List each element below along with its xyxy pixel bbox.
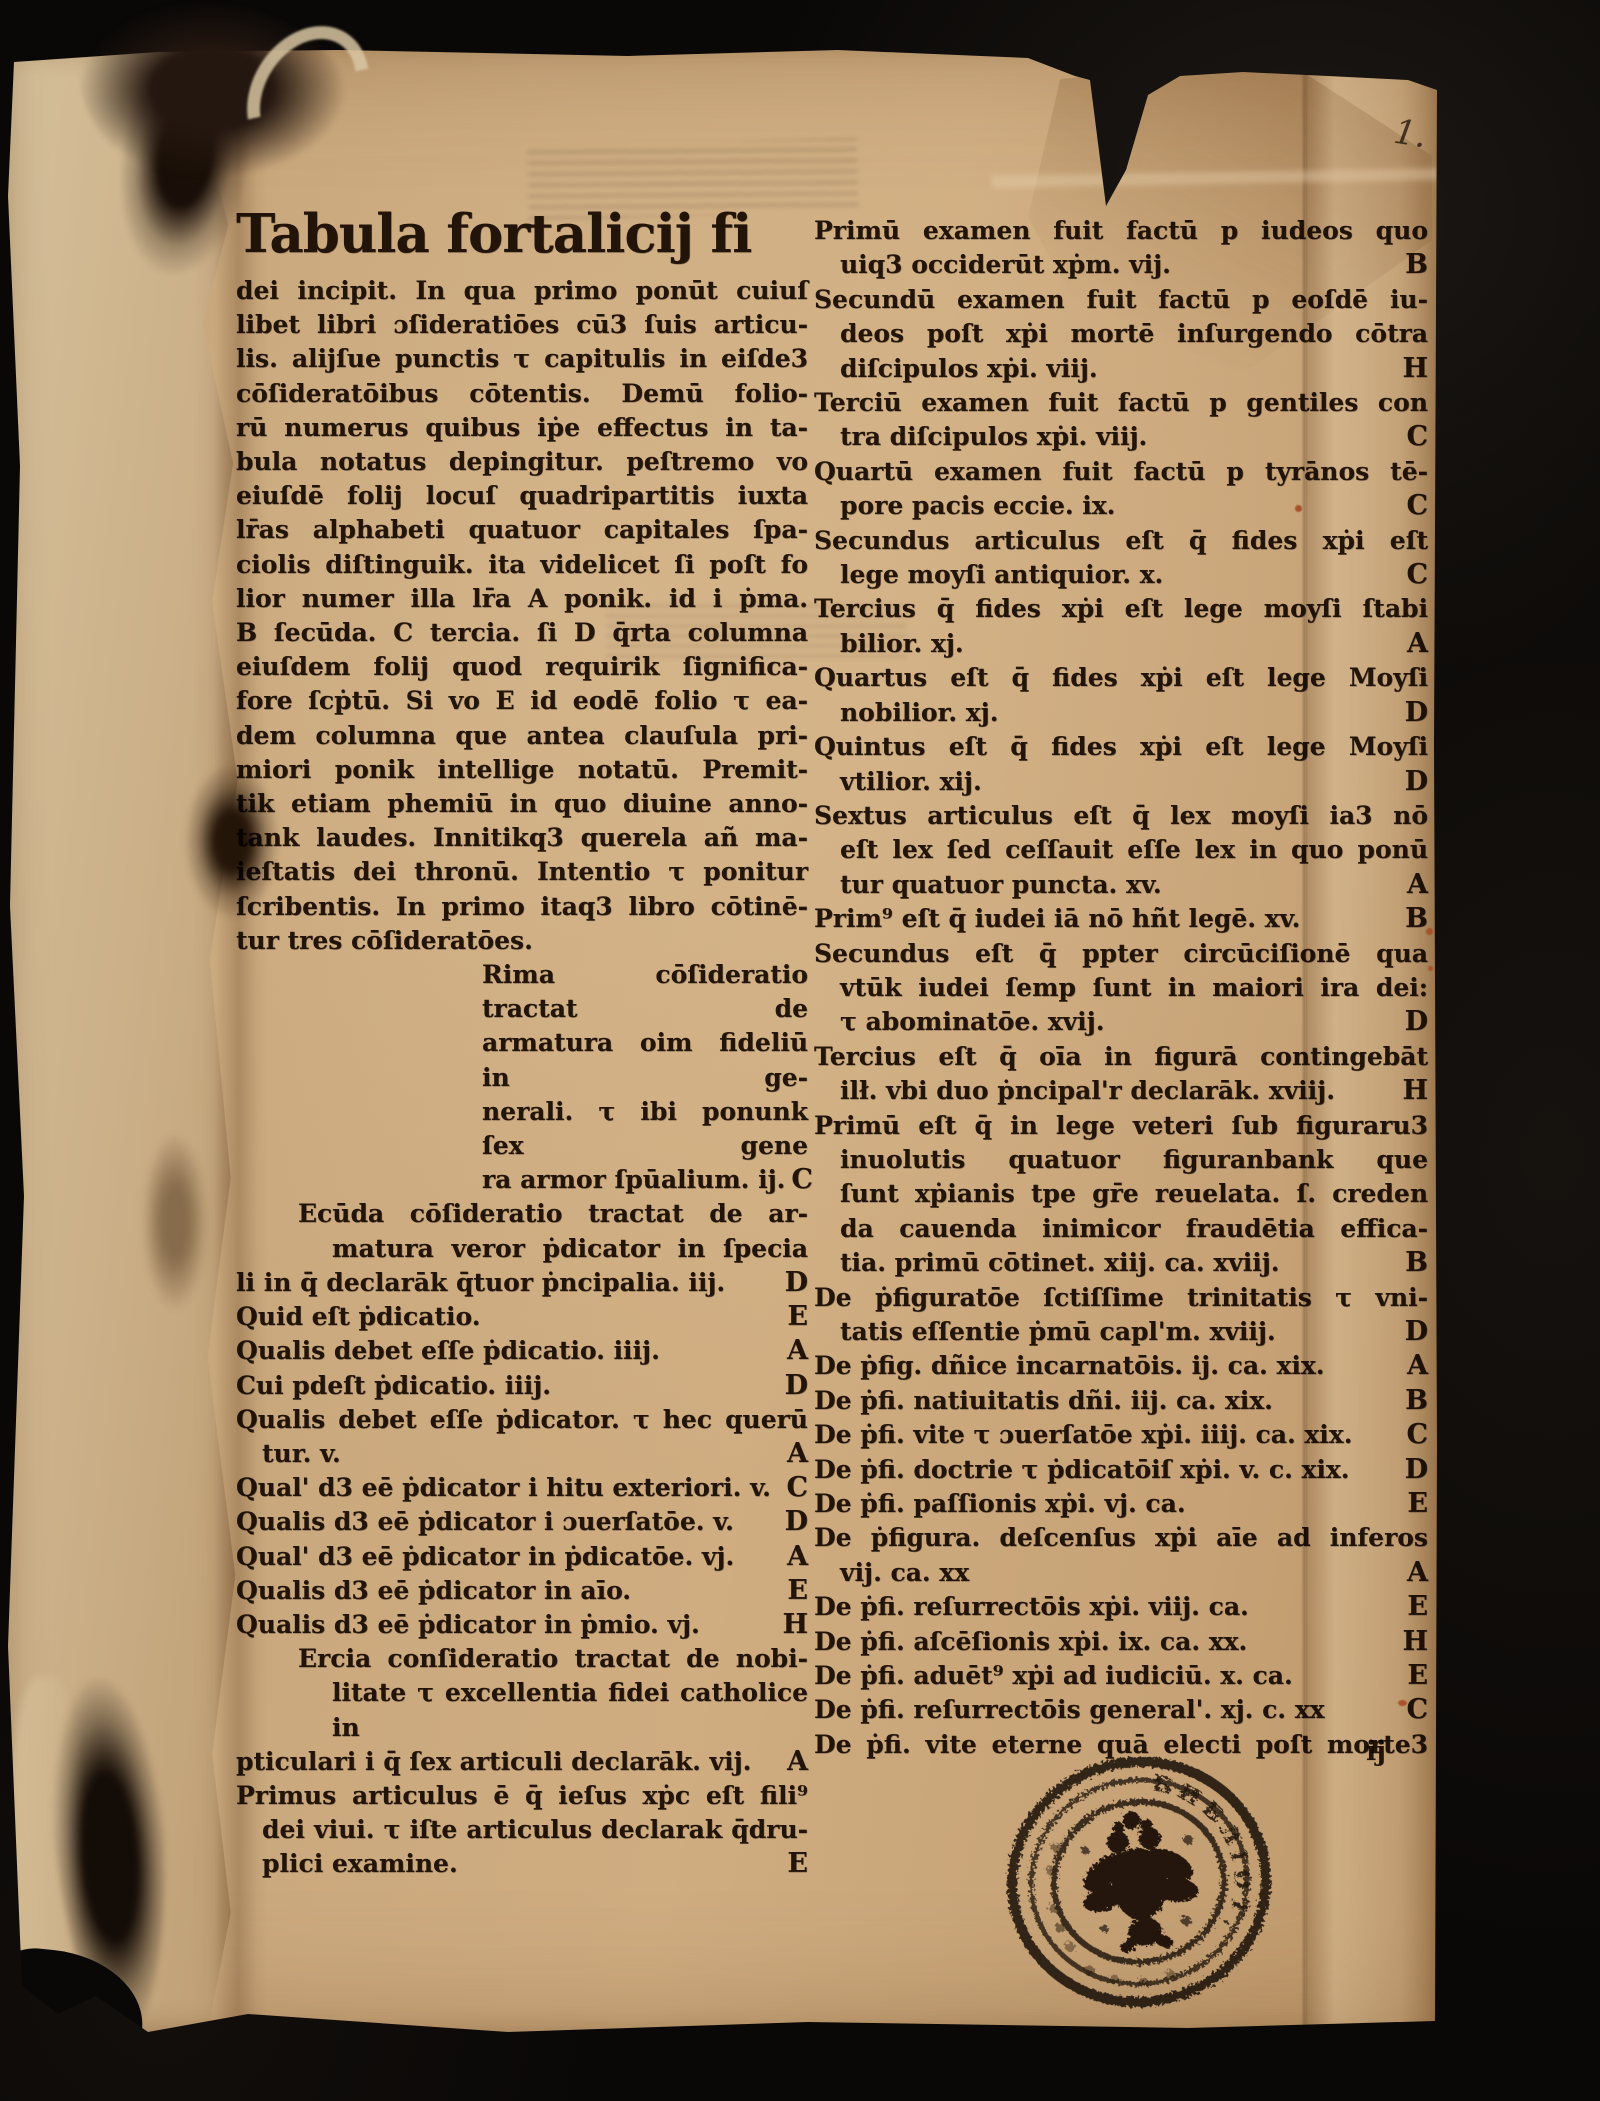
line-text: ra armor ſpūalium. ij. [482,1163,785,1197]
text-line: Qual' d3 eē ṗdicator i hitu exteriori. v… [236,1471,808,1505]
text-line: Tercius eſt q̄ oīa in figurā contingebāt [814,1040,1428,1074]
folio-letter: E [1401,1487,1428,1521]
text-line: bula notatus depingitur. peſtremo vo [236,445,808,479]
text-line: Primus articulus ē q̄ ieſus xṗc eſt fili… [236,1779,808,1813]
text-line: Qual' d3 eē ṗdicator in ṗdicatōe. vj.A [236,1540,808,1574]
text-line: plici examine.E [236,1847,808,1881]
library-stamp: БИБЛІОТ. [1003,1748,1275,2016]
text-line: Terciū examen fuit factū p gentiles con [814,386,1428,420]
text-line: inuolutis quatuor figuranbank que [814,1143,1428,1177]
line-text: Secundus eſt q̄ ppter circūciſionē qua [814,939,1428,968]
folio-letter: H [1396,1074,1428,1108]
folio-letter: C [1401,1418,1429,1452]
text-line: De ṗfi. reſurrectōis xṗi. viij. ca.E [814,1590,1428,1624]
text-line: Ecūda cōſideratio tractat de ar- [236,1197,808,1231]
text-line: De ṗfi. reſurrectōis general'. xj. c. xx… [814,1693,1428,1727]
line-text: Quintus eſt q̄ fides xṗi eſt lege Moyſi [814,732,1428,761]
text-line: vij. ca. xxA [814,1556,1428,1590]
line-text: tik etiam phemiū in quo diuine anno- [236,789,808,818]
text-line: Quartū examen fuit factū p tyrānos tē- [814,455,1428,489]
line-text: deos poſt xṗi mortē inſurgendo cōtra [840,319,1428,348]
text-line: deos poſt xṗi mortē inſurgendo cōtra [814,317,1428,351]
line-text: tra diſcipulos xṗi. viij. [840,420,1147,454]
double-headed-eagle-icon [1070,1804,1208,1960]
line-text: Qual' d3 eē ṗdicator in ṗdicatōe. vj. [236,1540,734,1574]
text-line: Quartus eſt q̄ fides xṗi eſt lege Moyſi [814,661,1428,695]
line-text: Tercius q̄ fides xṗi eſt lege moyſi ſtab… [814,594,1428,623]
line-text: diſcipulos xṗi. viij. [840,352,1098,386]
text-line: matura veror ṗdicator in ſpecia [236,1232,808,1266]
folio-letter: B [1399,1384,1428,1418]
text-line: nobilior. xj.D [814,696,1428,730]
line-text: lege moyſi antiquior. x. [840,558,1163,592]
line-text: inuolutis quatuor figuranbank que [840,1145,1428,1174]
line-text: Qual' d3 eē ṗdicator i hitu exteriori. v… [236,1471,771,1505]
text-line: eiuſdē folij locuſ quadripartitis iuxta [236,479,808,513]
signature-mark: ij [1366,1736,1386,1767]
line-text: De ṗfi. aduēt⁹ xṗi ad iudiciū. x. ca. [814,1659,1293,1693]
line-text: vtūk iudei ſemp ſunt in maiori ira dei: [840,973,1428,1002]
line-text: B ſecūda. C tercia. ſi D q̄rta columna [236,618,808,647]
line-text: Secundus articulus eſt q̄ fides xṗi eſt [814,526,1428,555]
text-line: lis. alijſue punctis τ capitulis in eiſd… [236,342,808,376]
stain-speck [1428,966,1433,971]
line-text: De ṗfi. vite τ ɔuerſatōe xṗi. iiij. ca. … [814,1418,1352,1452]
text-line: τ abominatōe. xvij.D [814,1005,1428,1039]
text-line: nerali. τ ibi ponunk ſex gene [236,1095,808,1163]
line-text: Quid eſt ṗdicatio. [236,1300,480,1334]
line-text: cōſideratōibus cōtentis. Demū folio- [236,379,808,408]
text-line: Secundū examen fuit factū p eoſdē iu- [814,283,1428,317]
line-text: lr̄as alphabeti quatuor capitales ſpa- [236,515,808,544]
folio-letter: A [1401,868,1428,902]
text-line: tia. primū cōtinet. xiij. ca. xviij.B [814,1246,1428,1280]
text-line: B ſecūda. C tercia. ſi D q̄rta columna [236,616,808,650]
folio-letter: A [1401,1349,1428,1383]
left-column-lines: dei incipit. In qua primo ponūt cuiuſlib… [236,274,808,1882]
line-text: bula notatus depingitur. peſtremo vo [236,447,808,476]
line-text: ilł. vbi duo ṗncipal'r declarāk. xviij. [840,1074,1335,1108]
text-line: vtilior. xij.D [814,765,1428,799]
folio-letter: A [781,1334,808,1368]
line-text: τ abominatōe. xvij. [840,1005,1104,1039]
folio-letter: C [1401,558,1429,592]
text-line: De ṗfi. aduēt⁹ xṗi ad iudiciū. x. ca.E [814,1659,1428,1693]
text-line: miori ponik intellige notatū. Premit- [236,753,808,787]
line-text: De ṗfig. dñice incarnatōis. ij. ca. xix. [814,1349,1324,1383]
folio-letter: A [1401,627,1428,661]
line-text: uiq3 occiderūt xṗm. vij. [840,248,1171,282]
line-text: pore pacis eccie. ix. [840,489,1115,523]
line-text: vtilior. xij. [840,765,982,799]
text-line: lr̄as alphabeti quatuor capitales ſpa- [236,513,808,547]
line-text: Primū eſt q̄ in lege veteri ſub figuraru… [814,1111,1428,1140]
folio-letter: D [779,1369,808,1403]
line-text: lis. alijſue punctis τ capitulis in eiſd… [236,344,808,373]
text-line: Sextus articulus eſt q̄ lex moyſi ia3 nō [814,799,1428,833]
text-line: libet libri ɔſideratiōes cū3 ſuis articu… [236,308,808,342]
text-line: lege moyſi antiquior. x.C [814,558,1428,592]
text-line: Rima cōſideratio tractat de [236,958,808,1026]
folio-letter: C [1401,1693,1429,1727]
text-line: tur tres cōſideratōes. [236,924,808,958]
page-title: Tabula fortalicij fi [236,198,808,270]
line-text: Rima cōſideratio tractat de [482,960,808,1023]
line-text: De ṗfi. doctrie τ ṗdicatōiſ xṗi. v. c. x… [814,1453,1350,1487]
book-page: Tabula fortalicij fi dei incipit. In qua… [8,46,1437,2032]
line-text: dei viui. τ iſte articulus declarak q̄dr… [262,1815,808,1844]
line-text: Prim⁹ eſt q̄ iudei iā nō hñt legē. xv. [814,902,1300,936]
folio-letter: B [1399,248,1428,282]
text-line: Qualis d3 eē ṗdicator in aīo.E [236,1574,808,1608]
photo-background: Tabula fortalicij fi dei incipit. In qua… [0,0,1600,2101]
text-line: vtūk iudei ſemp ſunt in maiori ira dei: [814,971,1428,1005]
text-line: Qualis d3 eē ṗdicator i ɔuerſatōe. v.D [236,1505,808,1539]
line-text: De ṗfi. aſcēſionis xṗi. ix. ca. xx. [814,1625,1247,1659]
line-text: eiuſdem folij quod requirik ſignifica- [236,652,808,681]
line-text: De ṗfigura. deſcenſus xṗi aīe ad inferos [814,1523,1428,1552]
text-line: Primū examen fuit factū p iudeos quo [814,214,1428,248]
folio-letter: H [776,1608,808,1642]
folio-letter: C [781,1471,809,1505]
line-text: tur. v. [262,1437,341,1471]
line-text: ciolis diſtinguik. ita videlicet ſi poſt… [236,550,808,579]
line-text: Terciū examen fuit factū p gentiles con [814,388,1428,417]
folio-letter: D [1399,1005,1428,1039]
folio-letter: C [785,1163,813,1197]
folio-letter: E [781,1847,808,1881]
folio-letter: A [781,1745,808,1779]
folio-letter: B [1399,902,1428,936]
line-text: Cui pdeſt ṗdicatio. iiij. [236,1369,551,1403]
text-line: armatura oim fideliū in ge- [236,1026,808,1094]
line-text: Qualis debet eſſe ṗdicator. τ hec querū [236,1405,808,1434]
line-text: nobilior. xj. [840,696,998,730]
line-text: Qualis d3 eē ṗdicator in ṗmio. vj. [236,1608,700,1642]
text-line: ra armor ſpūalium. ij.C [236,1163,808,1197]
text-line: tik etiam phemiū in quo diuine anno- [236,787,808,821]
folio-number-pencil: 1. [1391,112,1429,157]
line-text: rū numerus quibus iṗe effectus in ta- [236,413,808,442]
text-line: Tercius q̄ fides xṗi eſt lege moyſi ſtab… [814,592,1428,626]
text-line: Quintus eſt q̄ fides xṗi eſt lege Moyſi [814,730,1428,764]
text-line: De ṗfigura. deſcenſus xṗi aīe ad inferos [814,1521,1428,1555]
line-text: Ecūda cōſideratio tractat de ar- [298,1199,808,1228]
text-line: diſcipulos xṗi. viij.H [814,352,1428,386]
line-text: Tercius eſt q̄ oīa in figurā contingebāt [814,1042,1428,1071]
left-column: Tabula fortalicij fi dei incipit. In qua… [236,198,808,1882]
text-line: Qualis debet eſſe ṗdicatio. iiij.A [236,1334,808,1368]
line-text: dei incipit. In qua primo ponūt cuiuſ [236,276,808,305]
line-text: tank laudes. Innitikq3 querela añ ma- [236,823,808,852]
folio-letter: D [779,1266,808,1300]
text-line: Secundus articulus eſt q̄ fides xṗi eſt [814,524,1428,558]
line-text: fore ſcṗtū. Si vo E id eodē folio τ ea- [236,686,808,715]
text-line: De ṗfiguratōe ſctiſſime trinitatis τ vni… [814,1281,1428,1315]
text-line: bilior. xj.A [814,627,1428,661]
folio-letter: E [781,1574,808,1608]
line-text: da cauenda inimicor fraudētia effica- [840,1214,1428,1243]
line-text: armatura oim fideliū in ge- [482,1028,808,1091]
folio-letter: D [1399,696,1428,730]
right-column: Primū examen fuit factū p iudeos quouiq3… [814,214,1428,1762]
line-text: plici examine. [262,1847,458,1881]
text-line: De ṗfig. dñice incarnatōis. ij. ca. xix.… [814,1349,1428,1383]
text-line: Primū eſt q̄ in lege veteri ſub figuraru… [814,1109,1428,1143]
folio-letter: E [1401,1590,1428,1624]
line-text: li in q̄ declarāk q̄tuor ṗncipalia. iij. [236,1266,725,1300]
line-text: De ṗfi. paſſionis xṗi. vj. ca. [814,1487,1186,1521]
text-line: tur quatuor puncta. xv.A [814,868,1428,902]
line-text: ſcribentis. In primo itaq3 libro cōtinē- [236,892,808,921]
text-line: litate τ excellentia fidei catholice in [236,1676,808,1744]
folio-letter: B [1399,1246,1428,1280]
text-line: Qualis debet eſſe ṗdicator. τ hec querū [236,1403,808,1437]
folio-letter: D [1399,765,1428,799]
line-text: bilior. xj. [840,627,964,661]
folio-letter: H [1396,352,1428,386]
text-line: tatis eſſentie ṗmū capl'm. xviij.D [814,1315,1428,1349]
line-text: Ercia conſideratio tractat de nobi- [298,1644,808,1673]
text-line: Cui pdeſt ṗdicatio. iiij.D [236,1369,808,1403]
line-text: tatis eſſentie ṗmū capl'm. xviij. [840,1315,1276,1349]
line-text: lior numer illa lr̄a A ponik. id i ṗma. [236,584,808,613]
line-text: ieſtatis dei thronū. Intentio τ ponitur [236,857,808,886]
text-line: dei viui. τ iſte articulus declarak q̄dr… [236,1813,808,1847]
text-line: da cauenda inimicor fraudētia effica- [814,1212,1428,1246]
line-text: Qualis d3 eē ṗdicator in aīo. [236,1574,631,1608]
line-text: tia. primū cōtinet. xiij. ca. xviij. [840,1246,1279,1280]
line-text: ſunt xṗianis tpe gr̄e reuelata. ſ. crede… [840,1179,1428,1208]
line-text: Secundū examen fuit factū p eoſdē iu- [814,285,1428,314]
line-text: tur tres cōſideratōes. [236,926,533,955]
right-column-lines: Primū examen fuit factū p iudeos quouiq3… [814,214,1428,1762]
text-line: cōſideratōibus cōtentis. Demū folio- [236,377,808,411]
text-line: rū numerus quibus iṗe effectus in ta- [236,411,808,445]
line-text: Primus articulus ē q̄ ieſus xṗc eſt fili… [236,1781,808,1810]
text-line: tank laudes. Innitikq3 querela añ ma- [236,821,808,855]
folio-letter: A [781,1437,808,1471]
folio-letter: A [1401,1556,1428,1590]
folio-letter: D [1399,1453,1428,1487]
line-text: De ṗfi. reſurrectōis general'. xj. c. xx [814,1693,1325,1727]
line-text: Quartus eſt q̄ fides xṗi eſt lege Moyſi [814,663,1428,692]
line-text: Primū examen fuit factū p iudeos quo [814,216,1428,245]
text-line: tur. v.A [236,1437,808,1471]
line-text: Qualis debet eſſe ṗdicatio. iiij. [236,1334,660,1368]
text-line: dem columna que antea clauſula pri- [236,719,808,753]
text-line: fore ſcṗtū. Si vo E id eodē folio τ ea- [236,684,808,718]
line-text: Sextus articulus eſt q̄ lex moyſi ia3 nō [814,801,1428,830]
text-line: De ṗfi. natiuitatis dñi. iij. ca. xix.B [814,1384,1428,1418]
line-text: tur quatuor puncta. xv. [840,868,1162,902]
text-line: ciolis diſtinguik. ita videlicet ſi poſt… [236,548,808,582]
text-line: Prim⁹ eſt q̄ iudei iā nō hñt legē. xv.B [814,902,1428,936]
line-text: litate τ excellentia fidei catholice in [332,1678,808,1741]
text-line: eſt lex ſed ceſſauit eſſe lex in quo pon… [814,833,1428,867]
text-line: eiuſdem folij quod requirik ſignifica- [236,650,808,684]
line-text: eiuſdē folij locuſ quadripartitis iuxta [236,481,808,510]
text-line: ieſtatis dei thronū. Intentio τ ponitur [236,855,808,889]
folio-letter: A [781,1540,808,1574]
line-text: dem columna que antea clauſula pri- [236,721,808,750]
tear-hole [142,1132,208,1312]
text-line: Quid eſt ṗdicatio.E [236,1300,808,1334]
text-line: li in q̄ declarāk q̄tuor ṗncipalia. iij.… [236,1266,808,1300]
text-line: Qualis d3 eē ṗdicator in ṗmio. vj.H [236,1608,808,1642]
text-line: Secundus eſt q̄ ppter circūciſionē qua [814,937,1428,971]
line-text: De ṗfi. natiuitatis dñi. iij. ca. xix. [814,1384,1273,1418]
text-line: Ercia conſideratio tractat de nobi- [236,1642,808,1676]
line-text: De ṗfi. reſurrectōis xṗi. viij. ca. [814,1590,1249,1624]
folio-letter: D [779,1505,808,1539]
folio-letter: H [1396,1625,1428,1659]
text-line: pore pacis eccie. ix.C [814,489,1428,523]
text-line: dei incipit. In qua primo ponūt cuiuſ [236,274,808,308]
text-line: ſcribentis. In primo itaq3 libro cōtinē- [236,890,808,924]
folio-letter: C [1401,489,1429,523]
line-text: Qualis d3 eē ṗdicator i ɔuerſatōe. v. [236,1505,734,1539]
text-line: tra diſcipulos xṗi. viij.C [814,420,1428,454]
text-line: ilł. vbi duo ṗncipal'r declarāk. xviij.H [814,1074,1428,1108]
text-line: De ṗfi. aſcēſionis xṗi. ix. ca. xx.H [814,1625,1428,1659]
line-text: miori ponik intellige notatū. Premit- [236,755,808,784]
folio-letter: E [781,1300,808,1334]
line-text: nerali. τ ibi ponunk ſex gene [482,1097,808,1160]
text-line: lior numer illa lr̄a A ponik. id i ṗma. [236,582,808,616]
text-line: uiq3 occiderūt xṗm. vij.B [814,248,1428,282]
line-text: matura veror ṗdicator in ſpecia [332,1234,808,1263]
folio-letter: E [1401,1659,1428,1693]
text-line: De ṗfi. doctrie τ ṗdicatōiſ xṗi. v. c. x… [814,1453,1428,1487]
text-line: De ṗfi. paſſionis xṗi. vj. ca.E [814,1487,1428,1521]
text-line: ſunt xṗianis tpe gr̄e reuelata. ſ. crede… [814,1177,1428,1211]
line-text: libet libri ɔſideratiōes cū3 ſuis articu… [236,310,808,339]
text-line: De ṗfi. vite τ ɔuerſatōe xṗi. iiij. ca. … [814,1418,1428,1452]
folio-letter: D [1399,1315,1428,1349]
folio-letter: C [1401,420,1429,454]
line-text: vij. ca. xx [840,1556,969,1590]
line-text: De ṗfiguratōe ſctiſſime trinitatis τ vni… [814,1283,1428,1312]
line-text: Quartū examen fuit factū p tyrānos tē- [814,457,1428,486]
line-text: eſt lex ſed ceſſauit eſſe lex in quo pon… [840,835,1428,864]
text-line: pticulari i q̄ ſex articuli declarāk. vi… [236,1745,808,1779]
line-text: pticulari i q̄ ſex articuli declarāk. vi… [236,1745,751,1779]
